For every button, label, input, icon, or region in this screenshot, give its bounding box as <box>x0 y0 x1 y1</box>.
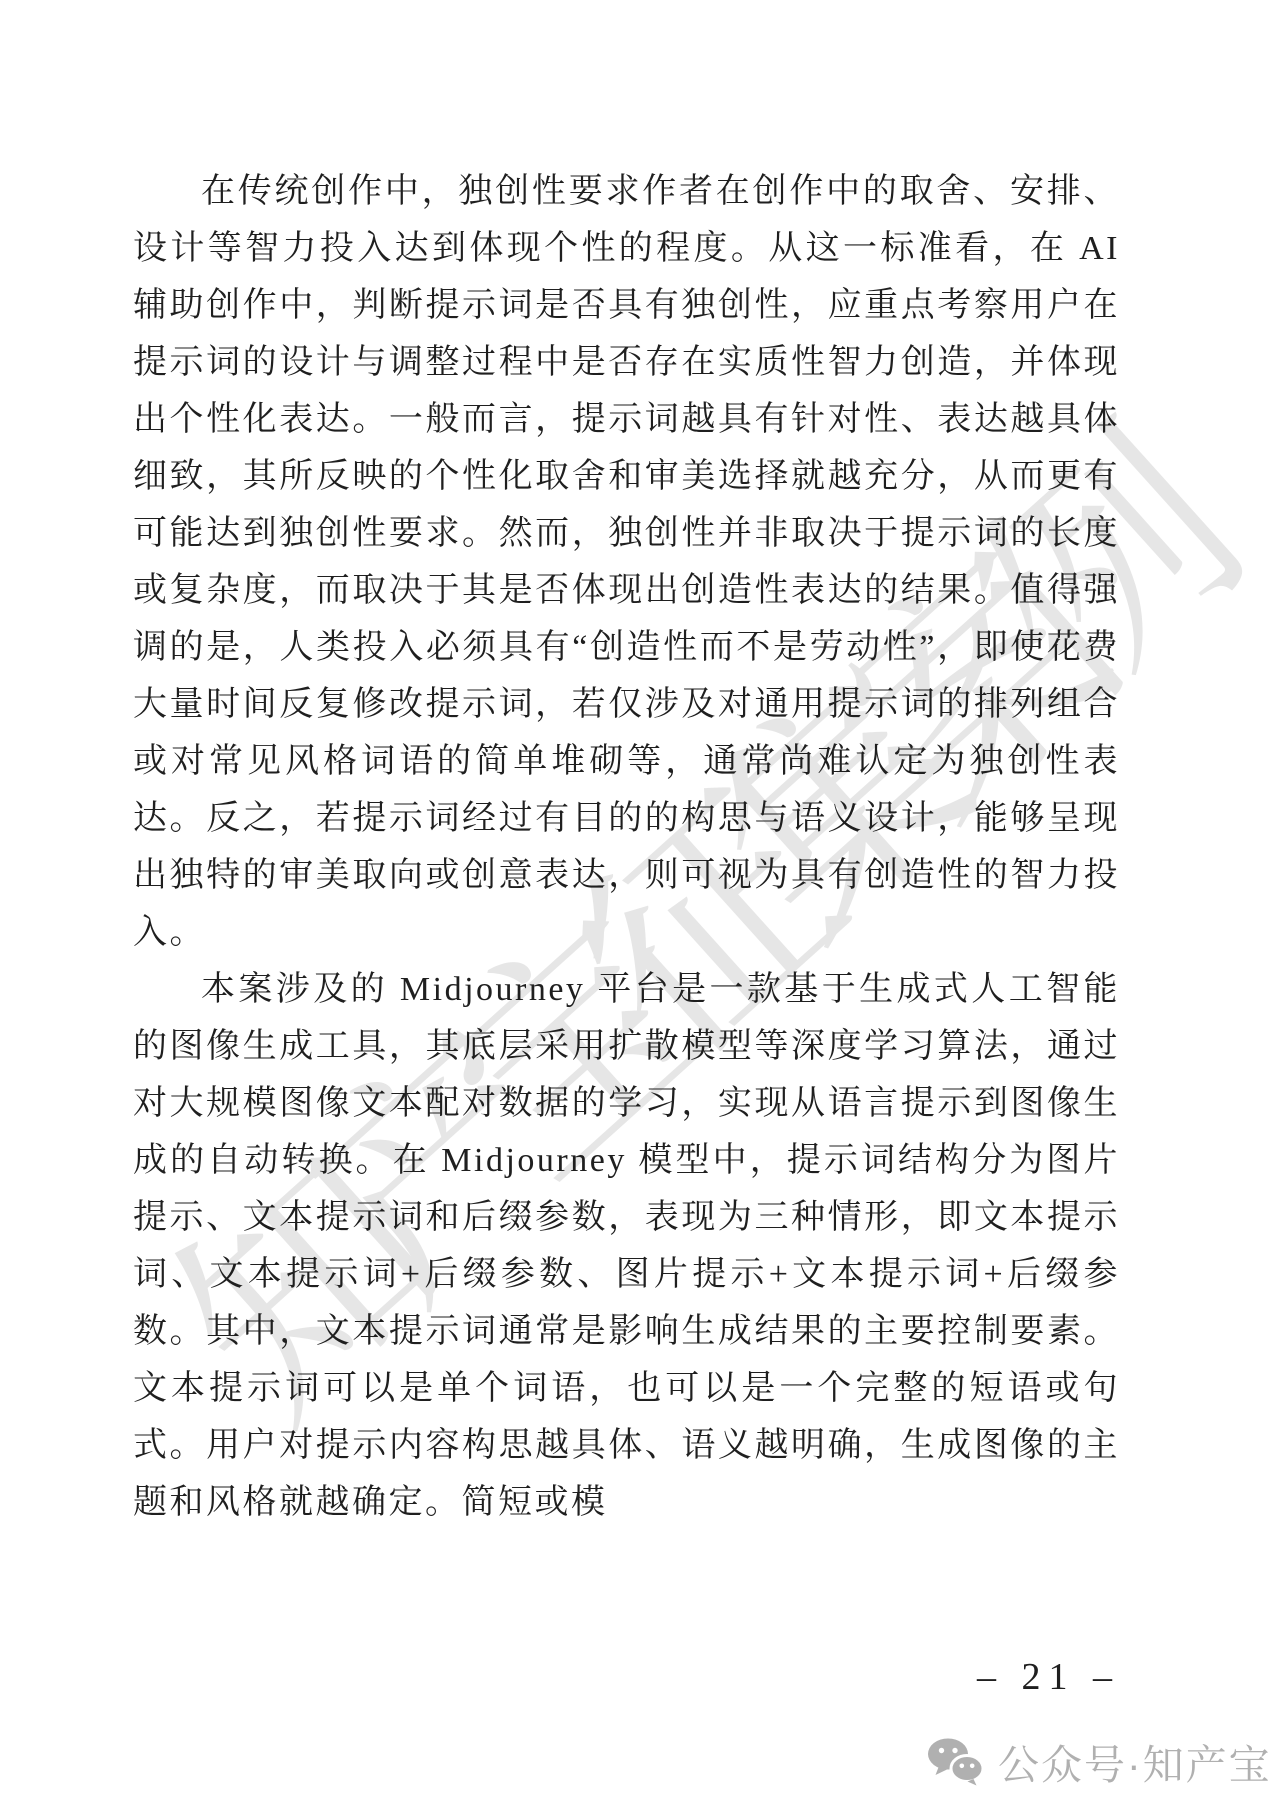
document-page: 知产宝征集案例 在传统创作中，独创性要求作者在创作中的取舍、安排、设计等智力投入… <box>0 0 1280 1810</box>
footer-label: 公众号·知产宝 <box>998 1732 1272 1791</box>
wechat-footer: 公众号·知产宝 <box>928 1732 1272 1791</box>
paragraph-originality-analysis: 在传统创作中，独创性要求作者在创作中的取舍、安排、设计等智力投入达到体现个性的程… <box>133 163 1120 961</box>
paragraph-midjourney-description: 本案涉及的 Midjourney 平台是一款基于生成式人工智能的图像生成工具，其… <box>133 961 1120 1531</box>
document-body: 在传统创作中，独创性要求作者在创作中的取舍、安排、设计等智力投入达到体现个性的程… <box>0 0 1280 1531</box>
wechat-icon <box>928 1738 984 1786</box>
page-number: – 21 – <box>977 1655 1120 1699</box>
